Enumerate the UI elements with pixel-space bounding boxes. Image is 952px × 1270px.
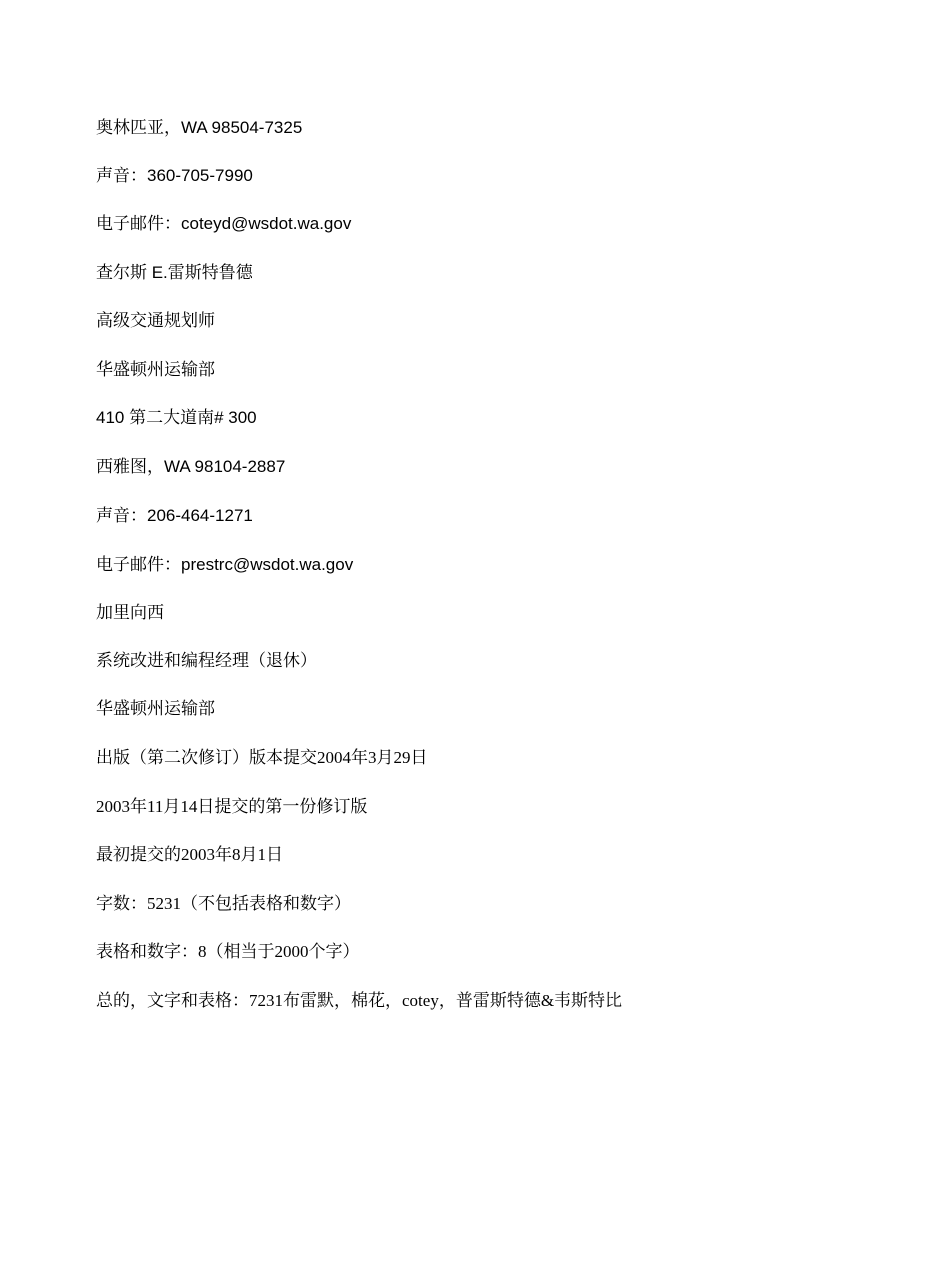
revision-second-date: 出版（第二次修订）版本提交2004年3月29日	[96, 747, 428, 769]
phone-prestrud: 声音：206-464-1271	[96, 505, 253, 527]
original-submission-date: 最初提交的2003年8月1日	[96, 844, 283, 866]
address-street-seattle: 410 第二大道南# 300	[96, 407, 257, 429]
email-cotey: 电子邮件：coteyd@wsdot.wa.gov	[96, 213, 351, 235]
document-page: 奥林匹亚，WA 98504-7325 声音：360-705-7990 电子邮件：…	[0, 0, 952, 1270]
author-title-westby: 系统改进和编程经理（退休）	[96, 650, 317, 672]
author-org-westby: 华盛顿州运输部	[96, 698, 215, 720]
author-title-prestrud: 高级交通规划师	[96, 310, 215, 332]
author-org-prestrud: 华盛顿州运输部	[96, 359, 215, 381]
word-count: 字数：5231（不包括表格和数字）	[96, 893, 351, 915]
tables-figures-count: 表格和数字：8（相当于2000个字）	[96, 941, 360, 963]
email-prestrud: 电子邮件：prestrc@wsdot.wa.gov	[96, 554, 353, 576]
total-count-authors: 总的，文字和表格：7231布雷默，棉花，cotey，普雷斯特德&韦斯特比	[96, 990, 622, 1012]
phone-cotey: 声音：360-705-7990	[96, 165, 253, 187]
revision-first-date: 2003年11月14日提交的第一份修订版	[96, 796, 367, 818]
author-name-westby: 加里向西	[96, 602, 164, 624]
author-name-prestrud: 查尔斯 E.雷斯特鲁德	[96, 262, 253, 284]
address-olympia: 奥林匹亚，WA 98504-7325	[96, 117, 302, 139]
address-seattle: 西雅图，WA 98104-2887	[96, 456, 285, 478]
